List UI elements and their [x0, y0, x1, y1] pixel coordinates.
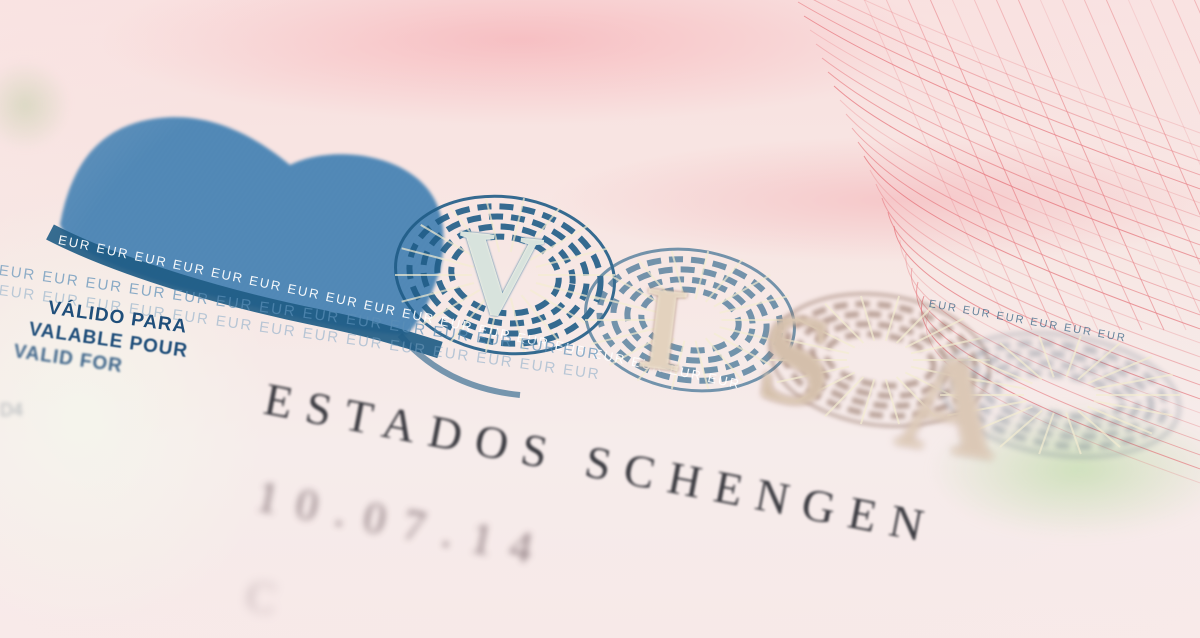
visa-photo: EUR EUR EUR EUR EUR EUR EUR EUR EUR EUR …	[0, 0, 1200, 638]
left-faint-text: D4	[0, 400, 23, 421]
visa-letter-v: V	[448, 201, 549, 347]
